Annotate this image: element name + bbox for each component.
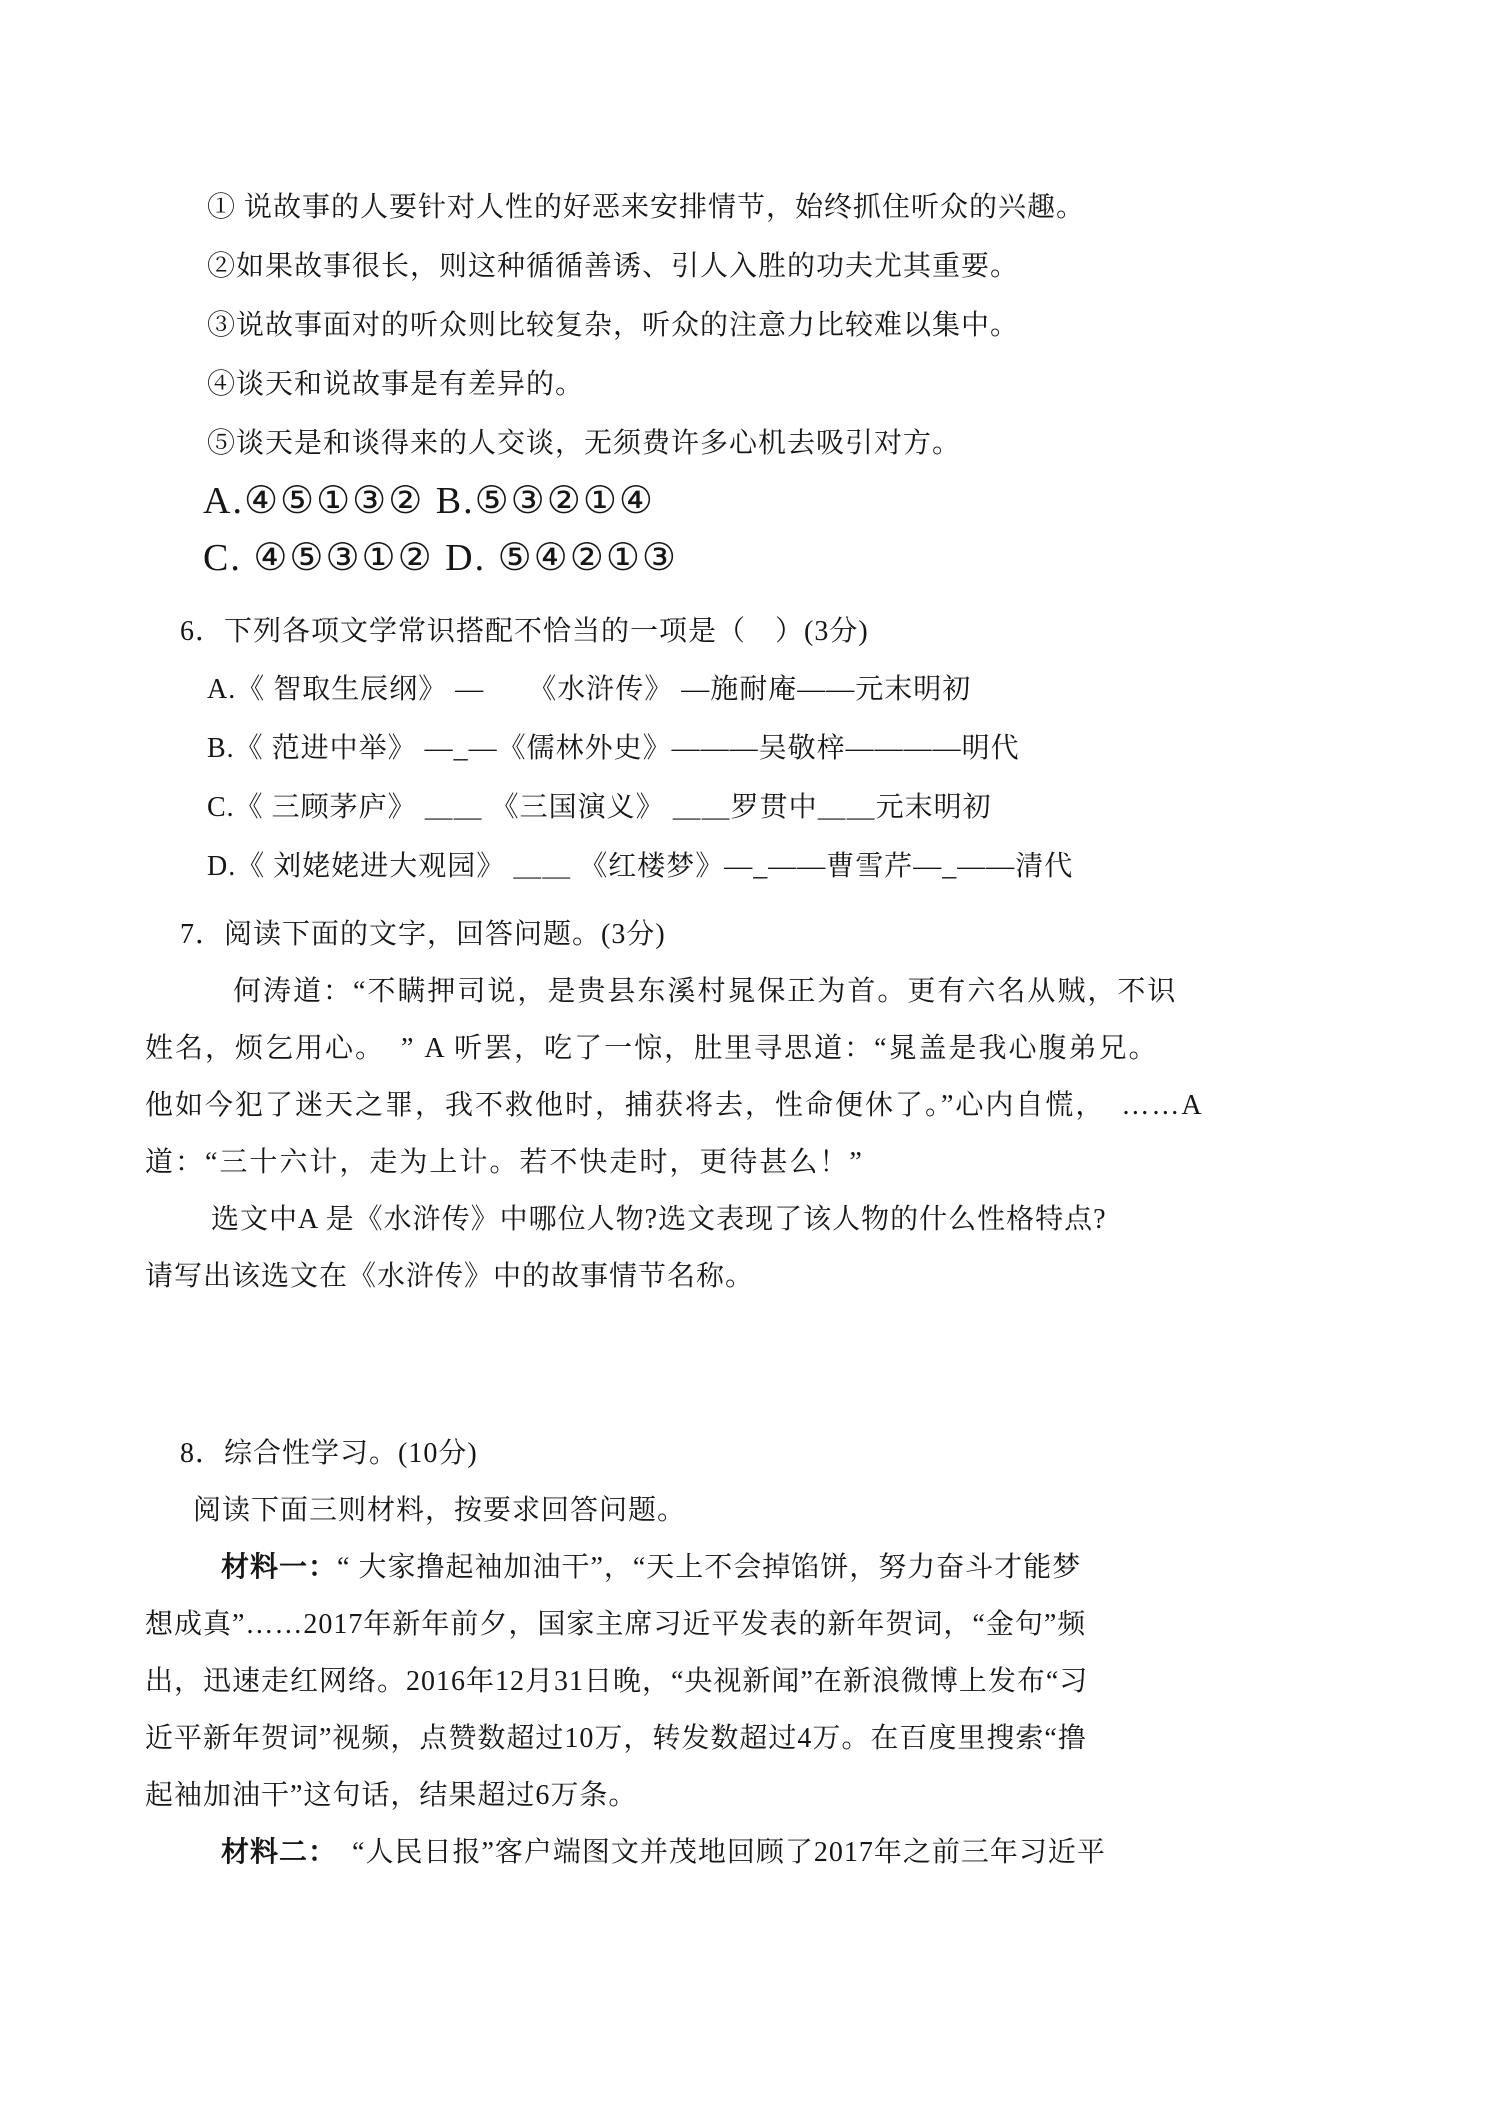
question-7-subquestions: 选文中A 是《水浒传》中哪位人物?选文表现了该人物的什么性格特点? 请写出该选文… <box>145 1191 1343 1305</box>
ordering-sentence-4: ④谈天和说故事是有差异的。 <box>145 355 1343 414</box>
question-6-option-c: C.《 三顾茅庐》 ＿＿ 《三国演义》 ＿＿罗贯中＿＿元末明初 <box>145 778 1343 837</box>
material-1-line-4: 近平新年贺词”视频，点赞数超过10万，转发数超过4万。在百度里搜索“撸 <box>145 1710 1343 1767</box>
material-2-label: 材料二： <box>221 1837 323 1868</box>
ordering-sentence-5: ⑤谈天是和谈得来的人交谈，无须费许多心机去吸引对方。 <box>145 414 1343 473</box>
passage-line-3: 他如今犯了迷天之罪，我不救他时，捕获将去，性命便休了。”心内自慌， ……A <box>145 1077 1343 1134</box>
question-6-block: 6．下列各项文学常识搭配不恰当的一项是（ ）(3分) A.《 智取生辰纲》 — … <box>145 603 1343 896</box>
material-2-first-line: 材料二： “人民日报”客户端图文并茂地回顾了2017年之前三年习近平 <box>145 1824 1343 1881</box>
question-6-options: A.《 智取生辰纲》 — 《水浒传》 —施耐庵——元末明初 B.《 范进中举》 … <box>145 660 1343 896</box>
question-8-block: 8．综合性学习。(10分) 阅读下面三则材料，按要求回答问题。 材料一：“ 大家… <box>145 1425 1343 1881</box>
ordering-options-row-ab: A.④⑤①③② B.⑤③②①④ <box>145 473 1343 530</box>
material-1: 材料一：“ 大家撸起袖加油干”，“天上不会掉馅饼，努力奋斗才能梦 想成真”……2… <box>145 1539 1343 1824</box>
material-1-label: 材料一： <box>221 1552 337 1583</box>
material-1-line-5: 起袖加油干”这句话，结果超过6万条。 <box>145 1767 1343 1824</box>
exam-paper-page: ① 说故事的人要针对人性的好恶来安排情节，始终抓住听众的兴趣。 ②如果故事很长，… <box>0 0 1493 2112</box>
question-7-stem: 7．阅读下面的文字，回答问题。(3分) <box>145 906 1343 963</box>
ordering-sentence-2: ②如果故事很长，则这种循循善诱、引人入胜的功夫尤其重要。 <box>145 237 1343 296</box>
question-7-subquestion-2: 请写出该选文在《水浒传》中的故事情节名称。 <box>145 1248 1343 1305</box>
ordering-options-row-cd: C. ④⑤③①② D. ⑤④②①③ <box>145 530 1343 587</box>
passage-line-4: 道：“三十六计，走为上计。若不快走时，更待甚么！” <box>145 1134 1343 1191</box>
material-1-first-line-text: “ 大家撸起袖加油干”，“天上不会掉馅饼，努力奋斗才能梦 <box>337 1552 1081 1583</box>
question-8-stem: 8．综合性学习。(10分) <box>145 1425 1343 1482</box>
question-6-stem: 6．下列各项文学常识搭配不恰当的一项是（ ）(3分) <box>145 603 1343 660</box>
material-2: 材料二： “人民日报”客户端图文并茂地回顾了2017年之前三年习近平 <box>145 1824 1343 1881</box>
question-7-block: 7．阅读下面的文字，回答问题。(3分) 何涛道：“不瞒押司说，是贵县东溪村晁保正… <box>145 906 1343 1305</box>
question-6-option-a: A.《 智取生辰纲》 — 《水浒传》 —施耐庵——元末明初 <box>145 660 1343 719</box>
sentence-ordering-block: ① 说故事的人要针对人性的好恶来安排情节，始终抓住听众的兴趣。 ②如果故事很长，… <box>145 178 1343 587</box>
material-1-line-3: 出，迅速走红网络。2016年12月31日晚，“央视新闻”在新浪微博上发布“习 <box>145 1653 1343 1710</box>
question-6-option-b: B.《 范进中举》 —_—《儒林外史》———吴敬梓————明代 <box>145 719 1343 778</box>
question-6-option-d: D.《 刘姥姥进大观园》 ＿＿ 《红楼梦》—_——曹雪芹—_——清代 <box>145 837 1343 896</box>
passage-line-2: 姓名，烦乞用心。 ” A 听罢，吃了一惊，肚里寻思道：“晁盖是我心腹弟兄。 <box>145 1020 1343 1077</box>
material-1-line-2: 想成真”……2017年新年前夕，国家主席习近平发表的新年贺词，“金句”频 <box>145 1596 1343 1653</box>
passage-line-1: 何涛道：“不瞒押司说，是贵县东溪村晁保正为首。更有六名从贼，不识 <box>145 963 1343 1020</box>
material-2-first-line-text: “人民日报”客户端图文并茂地回顾了2017年之前三年习近平 <box>323 1837 1106 1868</box>
material-1-first-line: 材料一：“ 大家撸起袖加油干”，“天上不会掉馅饼，努力奋斗才能梦 <box>145 1539 1343 1596</box>
ordering-sentence-1: ① 说故事的人要针对人性的好恶来安排情节，始终抓住听众的兴趣。 <box>145 178 1343 237</box>
ordering-sentence-3: ③说故事面对的听众则比较复杂，听众的注意力比较难以集中。 <box>145 296 1343 355</box>
question-7-subquestion-1: 选文中A 是《水浒传》中哪位人物?选文表现了该人物的什么性格特点? <box>145 1191 1343 1248</box>
question-7-passage: 何涛道：“不瞒押司说，是贵县东溪村晁保正为首。更有六名从贼，不识 姓名，烦乞用心… <box>145 963 1343 1191</box>
question-8-intro: 阅读下面三则材料，按要求回答问题。 <box>145 1482 1343 1539</box>
